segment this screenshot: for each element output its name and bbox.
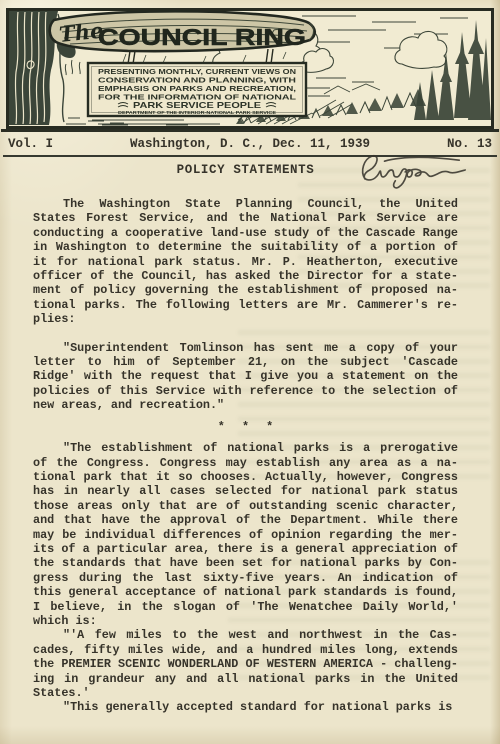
typewriter-line: I believe, in the slogan of 'The Wenatch…: [33, 600, 458, 614]
typewriter-line: it for national park status. Mr. P. Heat…: [33, 255, 458, 269]
typewriter-line: "The establishment of national parks is …: [33, 441, 458, 455]
typewriter-line: may be individual differences of opinion…: [33, 528, 458, 542]
typewriter-line: policies of this Service with reference …: [33, 384, 458, 398]
typewriter-line: of the Congress. Congress may establish …: [33, 456, 458, 470]
paragraph: "This generally accepted standard for na…: [33, 700, 458, 714]
paragraph: The Washington State Planning Council, t…: [33, 197, 458, 327]
paragraph: "'A few miles to the west and northwest …: [33, 628, 458, 700]
typewriter-line: ing in grandeur any and all national par…: [33, 672, 458, 686]
typewriter-line: officer of the Council, has asked the Di…: [33, 269, 458, 283]
typewriter-line: "Superintendent Tomlinson has sent me a …: [33, 341, 458, 355]
typewriter-line: "This generally accepted standard for na…: [33, 700, 458, 714]
volume-label: Vol. I: [8, 136, 53, 152]
typewriter-line: Ridge' with the request that I give you …: [33, 369, 458, 383]
typewriter-line: in Washington to determine the suitabili…: [33, 240, 458, 254]
typewriter-line: letter to him of September 21, on the su…: [33, 355, 458, 369]
typewriter-line: this general acceptance of national park…: [33, 585, 458, 599]
typewriter-line: tional park that it so chooses. Actually…: [33, 470, 458, 484]
typewriter-line: its of a particular area, there is a gen…: [33, 542, 458, 556]
typewriter-line: plies:: [33, 312, 458, 326]
handwritten-signature: [355, 147, 473, 193]
typewriter-line: and that have the approval of the Depart…: [33, 513, 458, 527]
typewriter-line: The Washington State Planning Council, t…: [33, 197, 458, 211]
sign-line-5: PARK SERVICE PEOPLE: [133, 100, 262, 110]
typewriter-line: the PREMIER SCENIC WONDERLAND OF WESTERN…: [33, 657, 458, 671]
typewriter-line: conducting a cooperative land-use study …: [33, 226, 458, 240]
hanging-sign: PRESENTING MONTHLY, CURRENT VIEWS ON CON…: [88, 63, 306, 116]
section-separator: * * *: [33, 420, 458, 434]
article-body: The Washington State Planning Council, t…: [33, 197, 458, 715]
banner-art: The COUNCIL RING PRESENTING MONTHLY, CUR…: [6, 8, 494, 129]
masthead-rule-top: [1, 129, 499, 132]
typewriter-line: new areas, and recreation.": [33, 398, 458, 412]
masthead-illustration: The COUNCIL RING PRESENTING MONTHLY, CUR…: [6, 8, 494, 134]
typewriter-line: has in nearly all cases selected for nat…: [33, 484, 458, 498]
typewriter-line: tional parks. The following letters are …: [33, 298, 458, 312]
article: POLICY STATEMENTS The Washington State P…: [33, 163, 458, 715]
paragraph: "Superintendent Tomlinson has sent me a …: [33, 341, 458, 413]
banner-title: COUNCIL RING: [98, 24, 306, 50]
typewriter-line: gress during the last sixty-five years. …: [33, 571, 458, 585]
sign-line-6: DEPARTMENT OF THE INTERIOR-NATIONAL PARK…: [118, 110, 277, 116]
paragraph: "The establishment of national parks is …: [33, 441, 458, 628]
typewriter-line: ment of policy governing the establishme…: [33, 283, 458, 297]
typewriter-line: the standards that have been set for nat…: [33, 556, 458, 570]
newsletter-page: The COUNCIL RING PRESENTING MONTHLY, CUR…: [0, 0, 500, 744]
typewriter-line: "'A few miles to the west and northwest …: [33, 628, 458, 642]
typewriter-line: those areas only that are of outstanding…: [33, 499, 458, 513]
typewriter-line: which is:: [33, 614, 458, 628]
typewriter-line: cades, fifty miles wide, and a hundred m…: [33, 643, 458, 657]
typewriter-line: States.': [33, 686, 458, 700]
typewriter-line: States Forest Service, and the National …: [33, 211, 458, 225]
